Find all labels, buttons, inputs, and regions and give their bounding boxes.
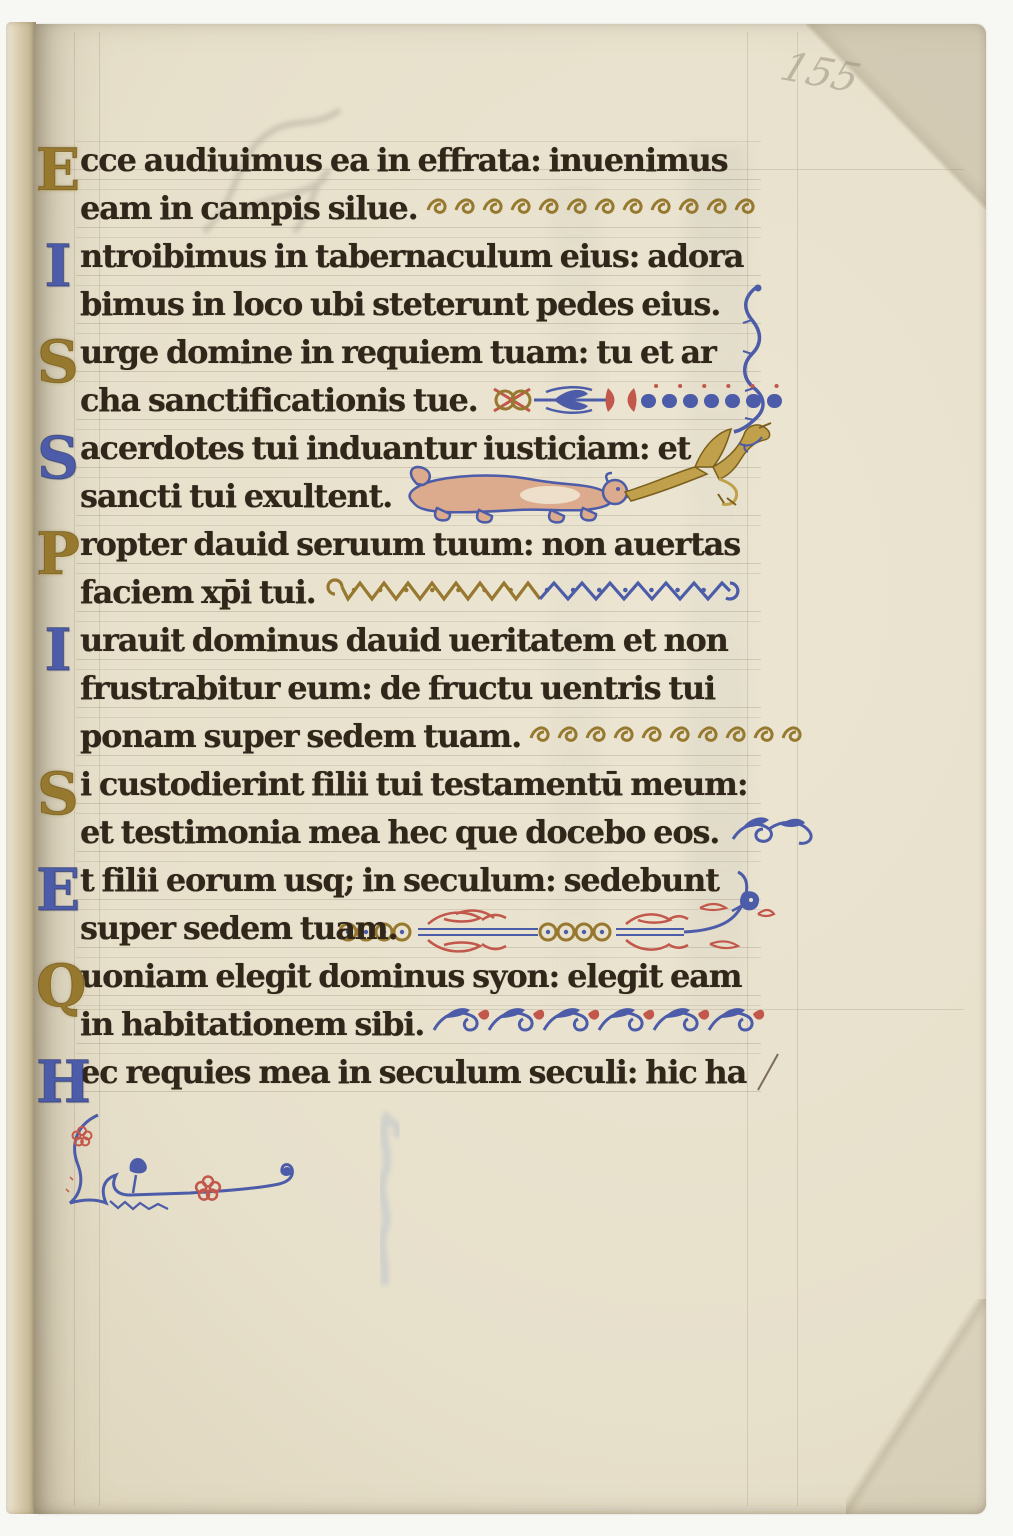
verse-text: uoniam elegit dominus syon: elegit eam <box>80 957 741 995</box>
text-block: E cce audiuimus ea in effrata: inuenimus… <box>80 136 747 1096</box>
verse-text: t filii eorum usq; in seculum: sedebunt <box>80 861 719 899</box>
verse-line: Q uoniam elegit dominus syon: elegit eam <box>80 952 747 1000</box>
verse-line: et testimonia mea hec que docebo eos. <box>80 808 747 856</box>
illuminated-initial: I <box>36 226 80 306</box>
illuminated-initial: Q <box>36 946 80 1026</box>
verse-text: et testimonia mea hec que docebo eos. <box>80 813 719 851</box>
blue-vine-filler <box>434 1006 764 1042</box>
verse-line: S acerdotes tui induantur iusticiam: et <box>80 424 747 472</box>
verse-text: super sedem tuam. <box>80 909 398 947</box>
gold-scroll-filler <box>428 195 764 221</box>
verse-line: eam in campis silue. <box>80 184 747 232</box>
illuminated-initial: S <box>36 418 80 498</box>
verse-text: urauit dominus dauid ueritatem et non <box>80 621 728 659</box>
verse-line: sancti tui exultent. <box>80 472 747 520</box>
line-continuation-slash <box>756 1052 780 1092</box>
verse-text: acerdotes tui induantur iusticiam: et <box>80 429 690 467</box>
verse-text: in habitationem sibi. <box>80 1005 424 1043</box>
illuminated-initial: S <box>36 754 80 834</box>
illuminated-initial: S <box>36 322 80 402</box>
verse-line: P ropter dauid seruum tuum: non auertas <box>80 520 747 568</box>
verse-line: S urge domine in requiem tuam: tu et ar <box>80 328 747 376</box>
illuminated-initial: P <box>36 514 80 594</box>
bottom-margin-flourish <box>40 1115 340 1230</box>
blue-scroll-filler <box>729 815 817 849</box>
ruling-vertical-right-outer <box>797 32 798 1506</box>
verse-text: faciem xp̄i tui. <box>80 573 316 611</box>
gold-blue-zigzag-filler <box>326 577 751 607</box>
verse-text: ponam super sedem tuam. <box>80 717 521 755</box>
verse-text: bimus in loco ubi steterunt pedes eius. <box>80 285 720 323</box>
verse-line: ponam super sedem tuam. <box>80 712 747 760</box>
verse-line: super sedem tuam. <box>80 904 747 952</box>
illuminated-initial: I <box>36 610 80 690</box>
verso-blue-ghost <box>366 1113 410 1298</box>
verse-line: E cce audiuimus ea in effrata: inuenimus <box>80 136 747 184</box>
verse-text: ec requies mea in seculum seculi: hic ha <box>80 1053 746 1091</box>
verse-text: ntroibimus in tabernaculum eius: adora <box>80 237 743 275</box>
verse-line: bimus in loco ubi steterunt pedes eius. <box>80 280 747 328</box>
blue-red-bar-filler <box>488 383 788 417</box>
verse-line: I ntroibimus in tabernaculum eius: adora <box>80 232 747 280</box>
verse-line: H ec requies mea in seculum seculi: hic … <box>80 1048 747 1096</box>
verse-line: S i custodierint filii tui testamentū m… <box>80 760 747 808</box>
verse-text: eam in campis silue. <box>80 189 418 227</box>
verse-text: i custodierint filii tui testamentū meu… <box>80 765 747 803</box>
illuminated-initial: H <box>36 1042 80 1122</box>
corner-crease-bottom-right <box>846 1299 986 1514</box>
verse-line: frustrabitur eum: de fructu uentris tui <box>80 664 747 712</box>
scan-background: 155 E cce audiuimus ea in effrata: inuen… <box>0 0 1013 1536</box>
verse-line: faciem xp̄i tui. <box>80 568 747 616</box>
illuminated-initial: E <box>36 850 80 930</box>
verse-text: sancti tui exultent. <box>80 477 392 515</box>
verse-text: urge domine in requiem tuam: tu et ar <box>80 333 716 371</box>
verse-line: in habitationem sibi. <box>80 1000 747 1048</box>
previous-page-edge <box>6 22 36 1514</box>
verse-text: cha sanctificationis tue. <box>80 381 478 419</box>
verse-text: ropter dauid seruum tuum: non auertas <box>80 525 740 563</box>
verse-text: cce audiuimus ea in effrata: inuenimus <box>80 141 727 179</box>
gold-scroll-filler <box>531 723 811 749</box>
verse-line: I urauit dominus dauid ueritatem et non <box>80 616 747 664</box>
illuminated-initial: E <box>36 130 80 210</box>
verse-text: frustrabitur eum: de fructu uentris tui <box>80 669 715 707</box>
verse-line: cha sanctificationis tue. <box>80 376 747 424</box>
manuscript-page: 155 E cce audiuimus ea in effrata: inuen… <box>34 24 986 1514</box>
verse-line: E t filii eorum usq; in seculum: sedebun… <box>80 856 747 904</box>
